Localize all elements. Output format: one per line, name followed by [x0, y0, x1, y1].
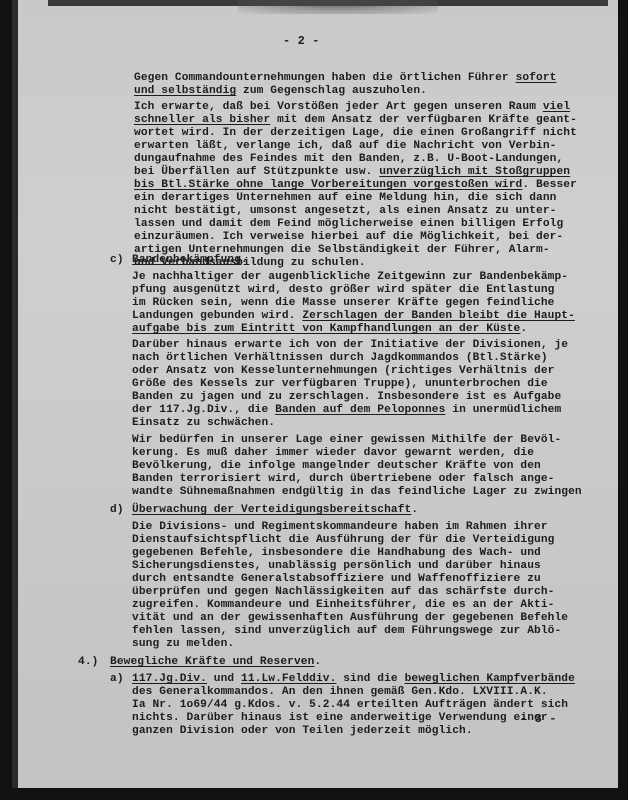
section-c-p2-line7: Einsatz zu schwächen. — [132, 417, 275, 430]
section-4-marker: 4.) — [78, 656, 98, 669]
section-c-p2-line3: oder Ansatz von Kesselunternehmungen (ri… — [132, 365, 554, 378]
section-c-p2-line2: nach örtlichen Verhältnissen durch Jagdk… — [132, 352, 548, 365]
section-c-p1-line2: pfung ausgenützt wird, desto größer wird… — [132, 284, 554, 297]
section-d-line8: vität und an der gewissenhaften Ausführu… — [132, 612, 568, 625]
para2-line2: schneller als bisher mit dem Ansatz der … — [134, 114, 577, 127]
para2-line9: nicht bestätigt, umsonst angesetzt, als … — [134, 205, 556, 218]
section-4a-line3: Ia Nr. 1o69/44 g.Kdos. v. 5.2.44 erteilt… — [132, 699, 568, 712]
section-c-p1-line3: im Rücken sein, wenn die Masse unserer K… — [132, 297, 554, 310]
section-c-p1-line5: aufgabe bis zum Eintritt von Kampfhandlu… — [132, 323, 527, 336]
para2-line5: dungaufnahme des Feindes mit den Banden,… — [134, 153, 563, 166]
para2-line3: wortet wird. In der derzeitigen Lage, di… — [134, 127, 577, 140]
section-4a-line4: nichts. Darüber hinaus ist eine anderwei… — [132, 712, 548, 725]
section-d-marker: d) — [110, 504, 124, 517]
page-number-top: - 2 - — [283, 35, 320, 48]
section-4a-line5: ganzen Division oder von Teilen jederzei… — [132, 725, 473, 738]
section-c-p3-line4: Banden terrorisiert wird, durch übertrie… — [132, 473, 554, 486]
section-d-line9: fehlen lassen, sind unverzüglich auf dem… — [132, 625, 561, 638]
section-d-line1: Die Divisions- und Regimentskommandeure … — [132, 521, 548, 534]
section-c-p3-line2: kerung. Es muß daher immer wieder davor … — [132, 447, 534, 460]
section-d-line5: durch entsandte Generalstabsoffiziere un… — [132, 573, 541, 586]
para2-line11: einzuräumen. Ich verweise hierbei auf di… — [134, 231, 563, 244]
para1-line2: und selbständig zum Gegenschlag auszuhol… — [134, 85, 427, 98]
section-4a-line1: 117.Jg.Div. und 11.Lw.Felddiv. sind die … — [132, 673, 575, 686]
section-4-heading: Bewegliche Kräfte und Reserven. — [110, 656, 321, 669]
section-d-line3: gegebenen Befehle, insbesondere die Hand… — [132, 547, 541, 560]
section-d-line10: sung zu melden. — [132, 638, 234, 651]
para2-line8: ein derartiges Unternehmen auf eine Meld… — [134, 192, 556, 205]
section-c-p3-line5: wandte Sühnemaßnahmen endgültig in das f… — [132, 486, 582, 499]
para2-line7: bis Btl.Stärke ohne lange Vorbereitungen… — [134, 179, 577, 192]
section-c-p2-line4: Größe des Kessels zur verfügbaren Truppe… — [132, 378, 548, 391]
section-c-p3-line3: Bevölkerung, die infolge mangelnder deut… — [132, 460, 541, 473]
section-d-heading: Überwachung der Verteidigungsbereitschaf… — [132, 504, 418, 517]
section-c-p2-line6: der 117.Jg.Div., die Banden auf dem Pelo… — [132, 404, 561, 417]
section-c-p1-line1: Je nachhaltiger der augenblickliche Zeit… — [132, 271, 568, 284]
section-4a-line2: des Generalkommandos. An den ihnen gemäß… — [132, 686, 548, 699]
section-c-p1-line4: Landungen gebunden wird. Zerschlagen der… — [132, 310, 575, 323]
section-d-line6: überprüfen und gegen Nachlässigkeiten au… — [132, 586, 554, 599]
section-c-p2-line5: Banden zu jagen und zu zerschlagen. Insb… — [132, 391, 561, 404]
section-4a-marker: a) — [110, 673, 124, 686]
section-d-line4: Sicherungsdienstes, unablässig persönlic… — [132, 560, 541, 573]
section-d-line2: Dienstaufsichtspflicht die Ausführung de… — [132, 534, 554, 547]
section-c-heading: Bandenbekämpfung. — [132, 254, 248, 267]
para2-line1: Ich erwarte, daß bei Vorstößen jeder Art… — [134, 101, 570, 114]
section-c-p3-line1: Wir bedürfen in unserer Lage einer gewis… — [132, 434, 561, 447]
section-c-marker: c) — [110, 254, 124, 267]
page-number-bottom: - 3 - — [520, 713, 557, 726]
scan-shadow — [238, 0, 438, 14]
para2-line4: erwarten läßt, verlange ich, daß auf die… — [134, 140, 556, 153]
section-c-p2-line1: Darüber hinaus erwarte ich von der Initi… — [132, 339, 568, 352]
section-d-line7: zugreifen. Kommandeure und Einheitsführe… — [132, 599, 554, 612]
para2-line6: bei Überfällen auf Stützpunkte usw. unve… — [134, 166, 570, 179]
para1-line1: Gegen Commandounternehmungen haben die ö… — [134, 72, 556, 85]
para2-line10: lassen und damit dem Feind möglicherweis… — [134, 218, 563, 231]
